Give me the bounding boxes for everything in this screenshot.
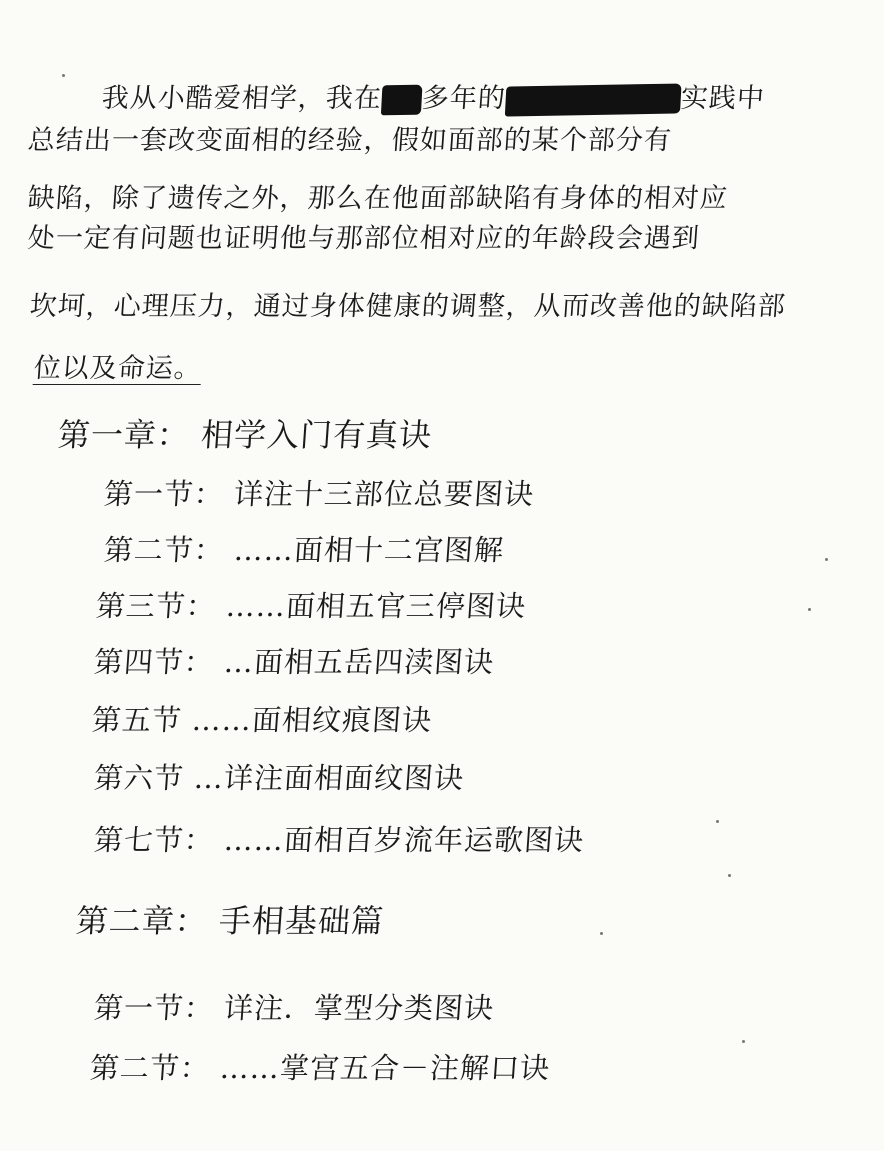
section-label: 第七节： [93,823,215,857]
chapter-1-heading: 第一章： 相学入门有真诀 [56,410,433,456]
redaction-mark [505,83,682,116]
intro-text: 缺陷，除了遗传之外，那么在他面部缺陷有身体的相对应 [27,183,729,214]
intro-line-5: 坎坷，心理压力，通过身体健康的调整，从而改善他的缺陷部 [29,284,788,323]
intro-line-6: 位以及命运。 [33,346,204,385]
intro-line-3: 缺陷，除了遗传之外，那么在他面部缺陷有身体的相对应 [27,176,730,215]
section-title: ……面相纹痕图诀 [191,703,433,737]
intro-text: 总结出一套改变面相的经验，假如面部的某个部分有 [27,125,673,156]
intro-line-1: 我从小酷爱相学，我在多年的实践中 [101,76,767,115]
chapter-2-section-1: 第一节： 详注．掌型分类图诀 [93,986,496,1027]
section-title: 详注．掌型分类图诀 [223,991,495,1025]
section-label: 第五节 [91,703,183,737]
intro-text: 多年的 [421,83,507,114]
intro-text: 坎坷，心理压力，通过身体健康的调整，从而改善他的缺陷部 [29,291,787,322]
chapter-label: 第二章： [75,902,210,940]
scan-speck [742,1040,745,1043]
chapter-1-section-7: 第七节： ……面相百岁流年运歌图诀 [93,818,586,859]
scan-speck [716,820,719,823]
scan-speck [808,608,811,611]
chapter-2-heading: 第二章： 手相基础篇 [74,896,385,942]
chapter-1-section-3: 第三节： ……面相五官三停图诀 [95,584,528,625]
chapter-label: 第一章： [57,416,192,454]
chapter-1-section-5: 第五节 ……面相纹痕图诀 [91,698,434,739]
chapter-1-section-1: 第一节： 详注十三部位总要图诀 [103,472,536,513]
section-label: 第一节： [103,477,225,511]
chapter-title: 相学入门有真诀 [200,416,434,454]
intro-text: 位以及命运。 [33,353,203,385]
chapter-1-section-6: 第六节 …详注面相面纹图诀 [93,756,466,797]
chapter-1-section-4: 第四节： …面相五岳四渎图诀 [93,640,496,681]
section-label: 第六节 [93,761,185,795]
scan-speck [600,932,603,935]
section-title: ……面相十二宫图解 [233,533,505,567]
scan-speck [825,558,828,561]
section-title: ……掌宫五合－注解口诀 [219,1051,551,1085]
section-label: 第三节： [95,589,217,623]
redaction-mark [381,84,423,115]
section-title: ……面相五官三停图诀 [225,589,527,623]
intro-line-2: 总结出一套改变面相的经验，假如面部的某个部分有 [27,118,674,157]
intro-line-4: 处一定有问题也证明他与那部位相对应的年龄段会遇到 [27,216,702,255]
chapter-title: 手相基础篇 [218,902,386,940]
intro-text: 实践中 [680,83,766,114]
section-title: 详注十三部位总要图诀 [233,477,535,511]
section-title: ……面相百岁流年运歌图诀 [223,823,585,857]
section-label: 第四节： [93,645,215,679]
intro-text: 处一定有问题也证明他与那部位相对应的年龄段会遇到 [27,223,701,254]
section-title: …面相五岳四渎图诀 [223,645,495,679]
intro-text: 我从小酷爱相学，我在 [101,83,383,114]
section-label: 第一节： [93,991,215,1025]
section-title: …详注面相面纹图诀 [193,761,465,795]
handwritten-page: 我从小酷爱相学，我在多年的实践中 总结出一套改变面相的经验，假如面部的某个部分有… [0,0,884,1151]
section-label: 第二节： [103,533,225,567]
scan-speck [728,874,731,877]
chapter-2-section-2: 第二节： ……掌宫五合－注解口诀 [89,1046,552,1087]
section-label: 第二节： [89,1051,211,1085]
chapter-1-section-2: 第二节： ……面相十二宫图解 [103,528,506,569]
scan-speck [62,74,65,77]
